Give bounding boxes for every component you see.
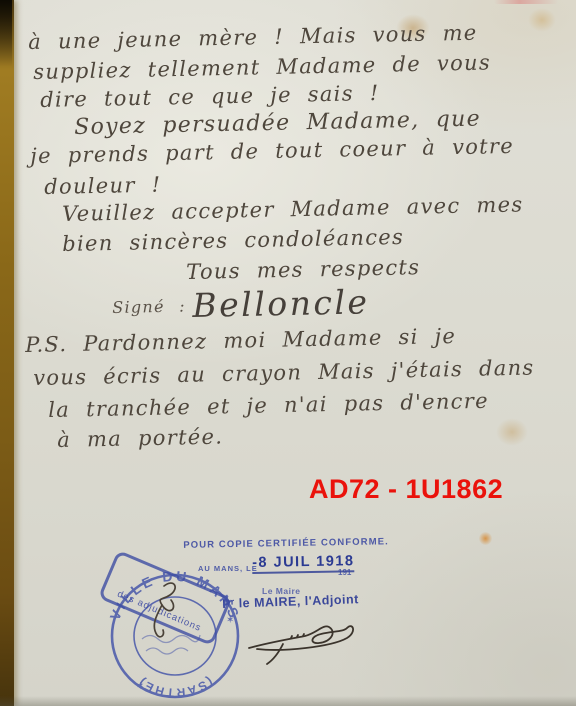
round-stamp-bottom-text: (SARTHE) — [135, 675, 216, 700]
sender-signature: Belloncle — [192, 282, 370, 325]
svg-text:(SARTHE): (SARTHE) — [135, 675, 216, 700]
paraph-initials — [140, 578, 186, 640]
stamp-star-left: ✶ — [136, 681, 144, 692]
certified-copy-line: POUR COPIE CERTIFIÉE CONFORME. — [176, 536, 396, 551]
archive-reference: AD72 - 1U1862 — [309, 474, 503, 505]
signe-label: Signé : — [112, 296, 186, 317]
printed-year: 191 — [338, 568, 351, 577]
official-signature — [243, 616, 363, 668]
foxing-stain — [479, 532, 492, 545]
letter-line-12: la tranchée et je n'ai pas d'encre — [48, 389, 489, 422]
letter-line-3: dire tout ce que je sais ! — [40, 81, 380, 112]
foxing-stain — [496, 418, 528, 446]
page-bottom-shadow — [0, 696, 576, 706]
letter-line-8: bien sincères condoléances — [62, 225, 404, 256]
letter-line-2: suppliez tellement Madame de vous — [33, 50, 491, 84]
letter-line-9: Tous mes respects — [186, 255, 420, 284]
binding-shadow — [0, 0, 12, 70]
letter-line-10: P.S. Pardonnez moi Madame si je — [25, 324, 456, 357]
letter-line-1: à une jeune mère ! Mais vous me — [28, 21, 478, 54]
corner-mark — [494, 0, 558, 4]
book-edge — [0, 0, 14, 706]
letter-line-7: Veuillez accepter Madame avec mes — [62, 192, 524, 226]
letter-line-11: vous écris au crayon Mais j'étais dans — [33, 356, 535, 390]
foxing-stain — [528, 8, 556, 32]
stamp-star-right: ✶ — [226, 615, 234, 626]
letter-line-6: douleur ! — [44, 173, 162, 199]
letter-line-13: à ma portée. — [57, 425, 223, 452]
scanned-letter-page: à une jeune mère ! Mais vous me suppliez… — [0, 0, 576, 706]
